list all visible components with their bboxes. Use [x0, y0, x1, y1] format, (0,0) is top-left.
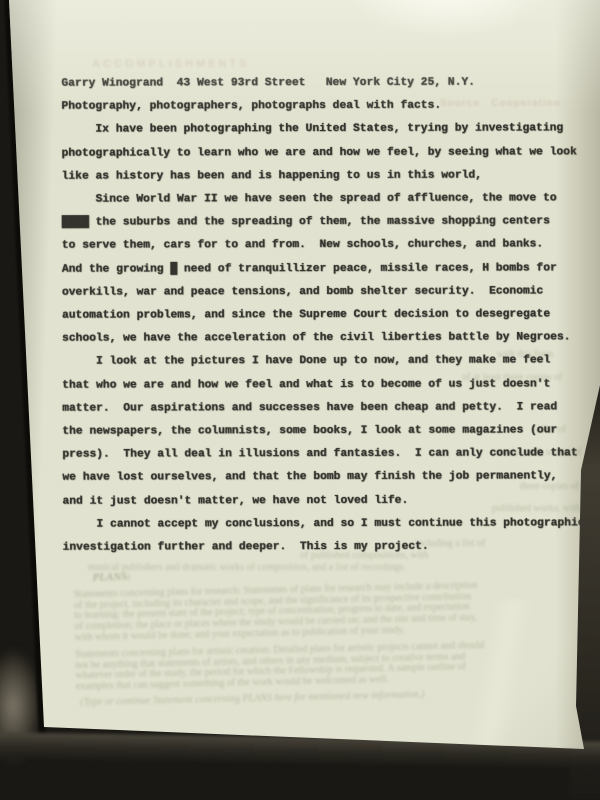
- typed-line: like as history has been and is happenin…: [62, 164, 592, 189]
- typed-line: the newspapers, the columnists, some boo…: [62, 419, 592, 444]
- ghost-plans-heading: PLANS:: [92, 571, 131, 584]
- typed-line: that who we are and how we feel and what…: [62, 373, 592, 398]
- typed-line: I look at the pictures I have Done up to…: [62, 350, 592, 375]
- typed-line: matter. Our aspirations and successes ha…: [62, 396, 592, 421]
- typed-line: ████ the suburbs and the spreading of th…: [62, 211, 592, 236]
- ghost-fragment: musical publishers and dramatic works of…: [88, 562, 406, 573]
- typed-line: investigation further and deeper. This i…: [63, 535, 593, 560]
- typed-line: Ix have been photographing the United St…: [61, 118, 591, 143]
- typed-line: photographically to learn who we are and…: [62, 141, 592, 166]
- typed-line: press). They all deal in illusions and f…: [62, 443, 592, 468]
- typewritten-page: ACCOMPLISHMENTS Source Cooperation with …: [0, 0, 600, 800]
- typed-line: overkills, war and peace tensions, and b…: [62, 280, 592, 305]
- typed-line: we have lost ourselves, and that the bom…: [62, 466, 592, 491]
- typed-line: And the growing █ need of tranquillizer …: [62, 257, 592, 282]
- typed-line: Since World War II we have seen the spre…: [62, 187, 592, 212]
- typed-line: and it just doesn't matter, we have not …: [62, 489, 592, 514]
- typed-line: Photography, photographers, photographs …: [61, 95, 591, 120]
- typed-line: automation problems, and since the Supre…: [62, 303, 592, 328]
- photo-of-document: ACCOMPLISHMENTS Source Cooperation with …: [0, 0, 600, 800]
- typed-line: to serve them, cars for to and from. New…: [62, 234, 592, 259]
- typed-line: I cannot accept my conclusions, and so I…: [63, 512, 593, 537]
- typed-line: Garry Winogrand 43 West 93rd Street New …: [61, 71, 591, 96]
- statement-text: Garry Winogrand 43 West 93rd Street New …: [61, 71, 592, 560]
- typed-line: schools, we have the acceleration of the…: [62, 327, 592, 352]
